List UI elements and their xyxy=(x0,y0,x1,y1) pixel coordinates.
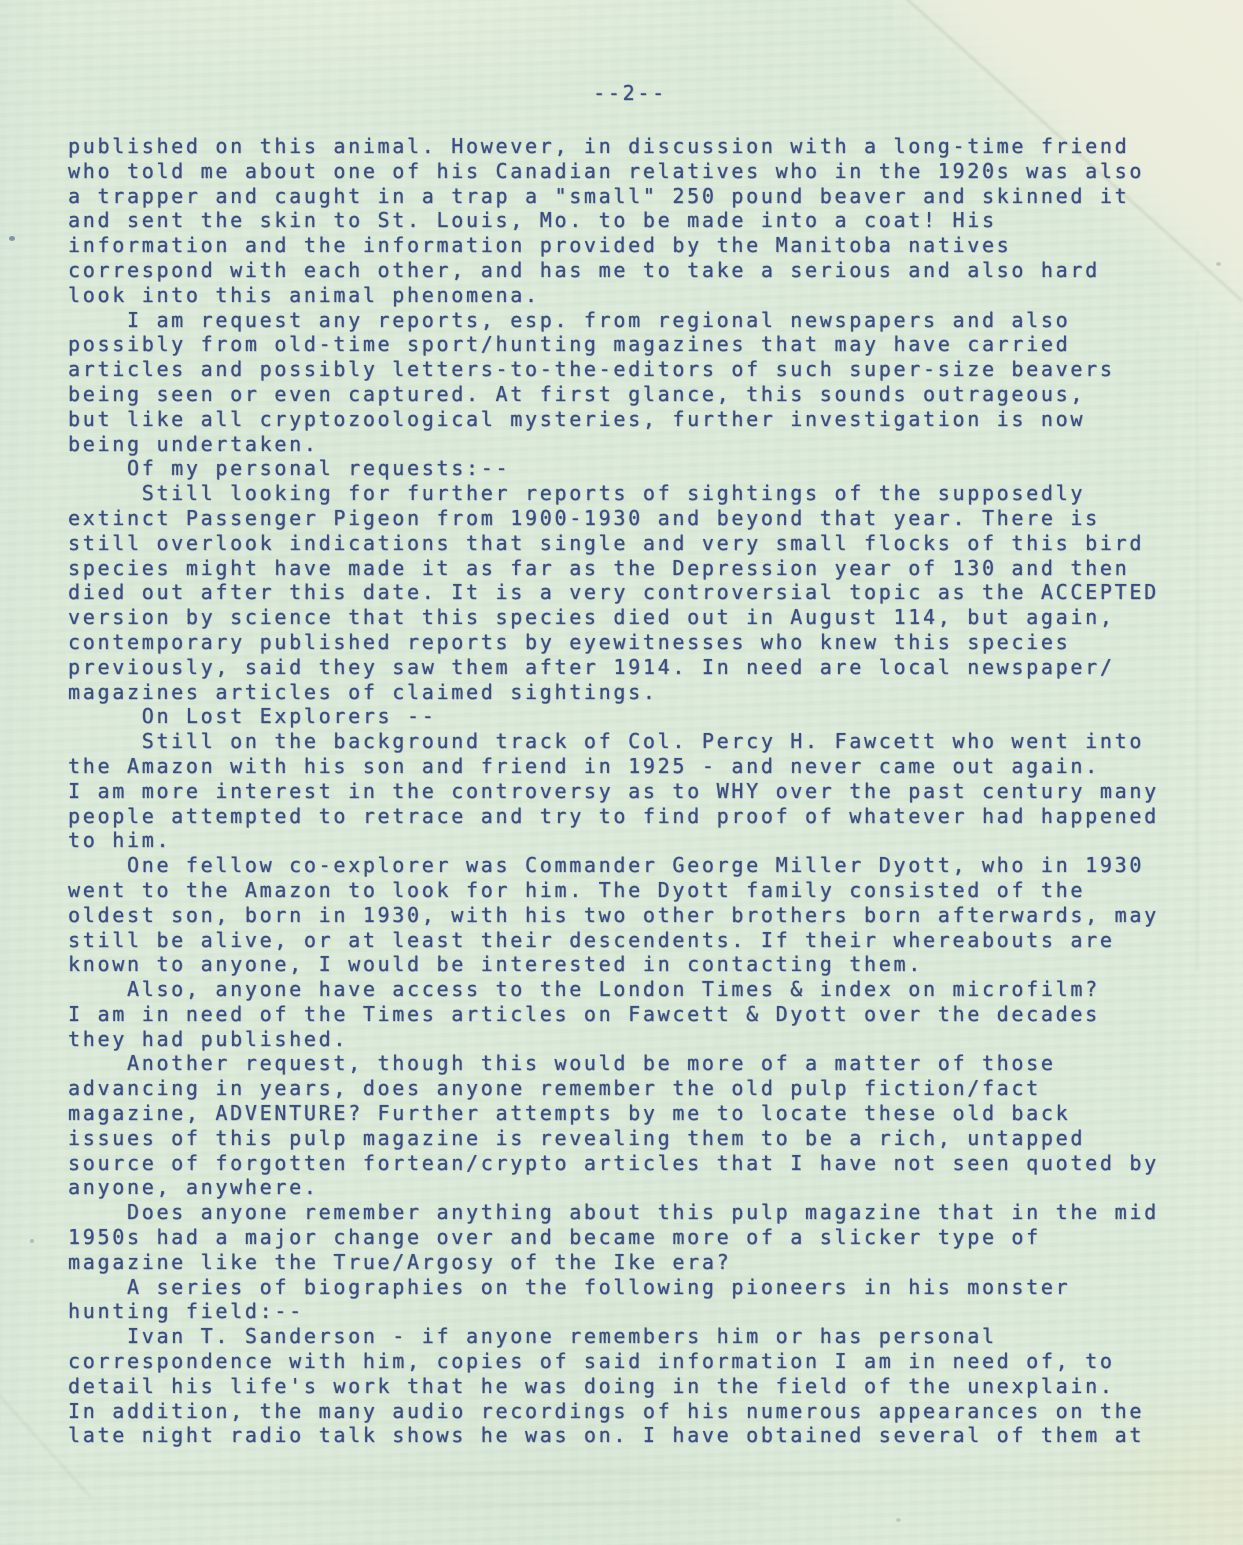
text-line: being undertaken. xyxy=(68,432,1159,457)
text-line: late night radio talk shows he was on. I… xyxy=(68,1423,1159,1448)
ink-speck xyxy=(9,236,15,241)
text-line: still overlook indications that single a… xyxy=(68,531,1159,556)
text-line: still be alive, or at least their descen… xyxy=(68,928,1159,953)
scanned-letter-page: --2-- published on this animal. However,… xyxy=(0,0,1243,1545)
text-line: Still on the background track of Col. Pe… xyxy=(68,729,1159,754)
text-line: Still looking for further reports of sig… xyxy=(68,481,1159,506)
horizontal-crease xyxy=(0,1503,760,1505)
text-line: On Lost Explorers -- xyxy=(68,704,1159,729)
text-line: and sent the skin to St. Louis, Mo. to b… xyxy=(68,208,1159,233)
text-line: A series of biographies on the following… xyxy=(68,1275,1159,1300)
paper-speck xyxy=(896,1518,901,1522)
text-line: to him. xyxy=(68,828,1159,853)
text-line: people attempted to retrace and try to f… xyxy=(68,804,1159,829)
text-line: possibly from old-time sport/hunting mag… xyxy=(68,332,1159,357)
text-line: magazine, ADVENTURE? Further attempts by… xyxy=(68,1101,1159,1126)
page-number: --2-- xyxy=(0,81,1243,105)
text-line: In addition, the many audio recordings o… xyxy=(68,1399,1159,1424)
text-line: source of forgotten fortean/crypto artic… xyxy=(68,1151,1159,1176)
text-line: advancing in years, does anyone remember… xyxy=(68,1076,1159,1101)
text-line: extinct Passenger Pigeon from 1900-1930 … xyxy=(68,506,1159,531)
text-line: articles and possibly letters-to-the-edi… xyxy=(68,357,1159,382)
text-line: a trapper and caught in a trap a "small"… xyxy=(68,184,1159,209)
text-line: but like all cryptozoological mysteries,… xyxy=(68,407,1159,432)
text-line: who told me about one of his Canadian re… xyxy=(68,159,1159,184)
text-line: died out after this date. It is a very c… xyxy=(68,580,1159,605)
text-line: being seen or even captured. At first gl… xyxy=(68,382,1159,407)
text-line: oldest son, born in 1930, with his two o… xyxy=(68,903,1159,928)
text-line: detail his life's work that he was doing… xyxy=(68,1374,1159,1399)
horizontal-crease xyxy=(0,1472,1243,1474)
text-line: known to anyone, I would be interested i… xyxy=(68,952,1159,977)
text-line: One fellow co-explorer was Commander Geo… xyxy=(68,853,1159,878)
text-line: the Amazon with his son and friend in 19… xyxy=(68,754,1159,779)
text-line: I am in need of the Times articles on Fa… xyxy=(68,1002,1159,1027)
text-line: 1950s had a major change over and became… xyxy=(68,1225,1159,1250)
text-line: they had published. xyxy=(68,1027,1159,1052)
text-line: I am more interest in the controversy as… xyxy=(68,779,1159,804)
text-line: issues of this pulp magazine is revealin… xyxy=(68,1126,1159,1151)
vertical-crease xyxy=(1196,330,1198,970)
text-line: published on this animal. However, in di… xyxy=(68,134,1159,159)
text-line: magazines articles of claimed sightings. xyxy=(68,680,1159,705)
text-line: contemporary published reports by eyewit… xyxy=(68,630,1159,655)
text-line: went to the Amazon to look for him. The … xyxy=(68,878,1159,903)
text-line: correspond with each other, and has me t… xyxy=(68,258,1159,283)
document-body: published on this animal. However, in di… xyxy=(68,134,1159,1448)
text-line: previously, said they saw them after 191… xyxy=(68,655,1159,680)
text-line: I am request any reports, esp. from regi… xyxy=(68,308,1159,333)
text-line: Of my personal requests:-- xyxy=(68,456,1159,481)
text-line: anyone, anywhere. xyxy=(68,1175,1159,1200)
text-line: Another request, though this would be mo… xyxy=(68,1051,1159,1076)
text-line: hunting field:-- xyxy=(68,1299,1159,1324)
text-line: Does anyone remember anything about this… xyxy=(68,1200,1159,1225)
text-line: look into this animal phenomena. xyxy=(68,283,1159,308)
ink-speck xyxy=(30,1239,34,1243)
text-line: Ivan T. Sanderson - if anyone remembers … xyxy=(68,1324,1159,1349)
text-line: correspondence with him, copies of said … xyxy=(68,1349,1159,1374)
text-line: Also, anyone have access to the London T… xyxy=(68,977,1159,1002)
text-line: information and the information provided… xyxy=(68,233,1159,258)
text-line: version by science that this species die… xyxy=(68,605,1159,630)
paper-speck xyxy=(1216,262,1221,266)
text-line: magazine like the True/Argosy of the Ike… xyxy=(68,1250,1159,1275)
text-line: species might have made it as far as the… xyxy=(68,556,1159,581)
